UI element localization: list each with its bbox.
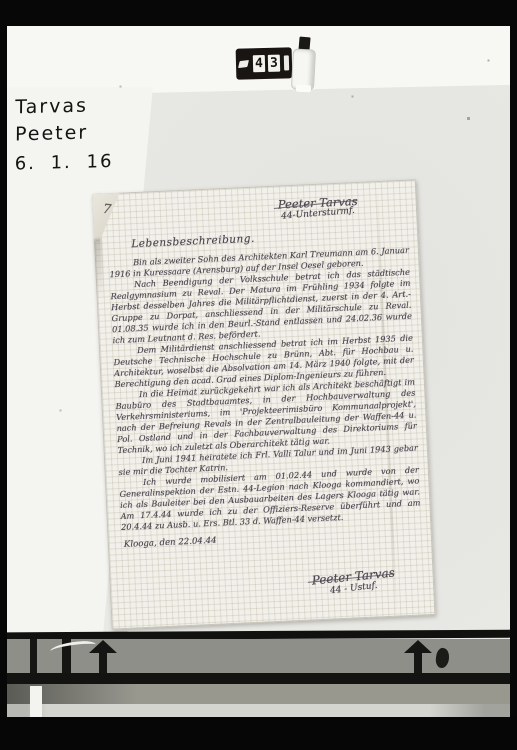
dust-specks [0,0,1,1]
film-lower-band [7,684,510,704]
counter-digit: 4 [253,55,265,72]
document-paper: 7 Peeter Tarvas 44-Untersturmf. Lebensbe… [92,179,435,629]
counter-digit: 3 [268,55,280,72]
ink-blob [435,647,451,669]
frame-counter: 4 3 [236,47,293,79]
film-clip-base [296,85,311,93]
document-body: Bin als zweiter Sohn des Architekten Kar… [109,245,422,551]
document-header: Peeter Tarvas 44-Untersturmf. [278,194,359,221]
signature-block: Peeter Tarvas 44 - Ustuf. [311,568,395,596]
counter-partial-digit [284,55,289,70]
margin-note-firstname: Peeter [15,119,125,149]
up-arrow-icon [89,640,117,673]
pencil-mark: 7 [102,202,112,218]
film-bottom-border [0,717,517,750]
margin-note-surname: Tarvas [15,92,125,122]
counter-edge-mark [238,60,249,68]
margin-note-date: 6. 1. 16 [15,148,125,178]
arrow-stem [414,651,422,673]
arrow-stem [99,651,107,673]
microfilm-frame: 4 3 Tarvas Peeter 6. 1. 16 7 Peeter Tarv… [0,0,517,750]
white-edge-strip [30,686,42,717]
up-arrow-icon [404,640,432,673]
document-title: Lebensbeschreibung. [131,233,255,251]
margin-note: Tarvas Peeter 6. 1. 16 [15,92,126,178]
shadow [7,684,137,704]
paper-smudge [94,239,104,299]
film-guide-band [7,639,510,673]
guide-tick [30,639,37,673]
film-guide-bar-bottom [7,673,510,684]
film-light-strip [7,704,510,717]
